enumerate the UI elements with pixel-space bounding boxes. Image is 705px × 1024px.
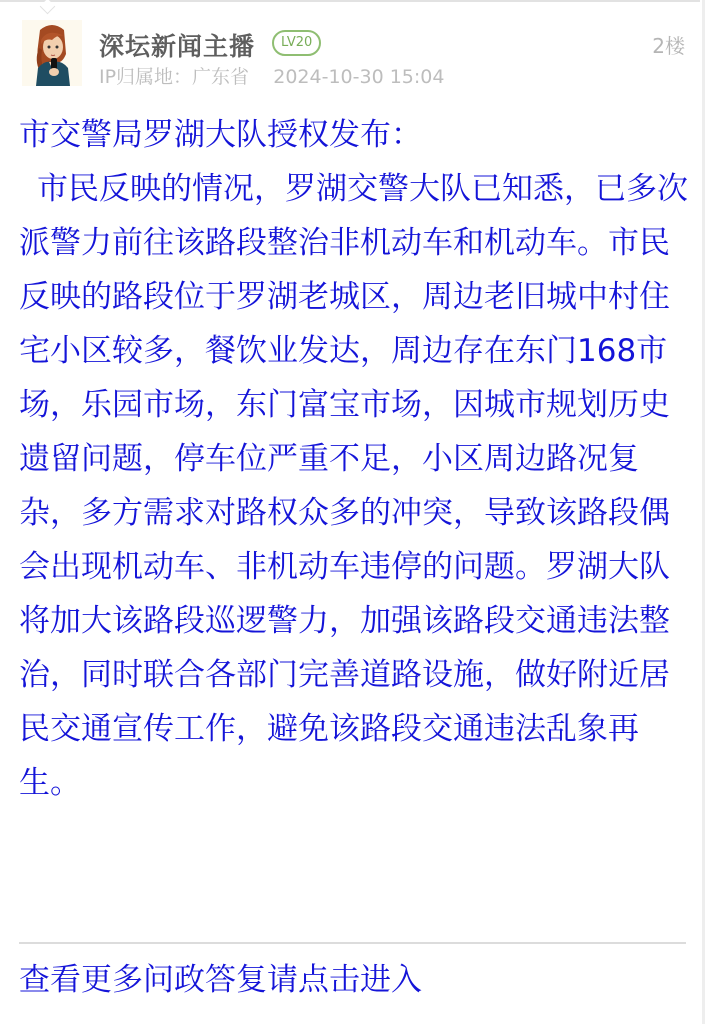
content-heading: 市交警局罗湖大队授权发布：	[19, 108, 689, 162]
more-replies-link[interactable]: 查看更多问政答复请点击进入	[19, 955, 422, 1005]
divider	[19, 942, 686, 944]
post-content: 市交警局罗湖大队授权发布： 市民反映的情况，罗湖交警大队已知悉，已多次派警力前往…	[19, 108, 689, 810]
avatar[interactable]	[22, 20, 82, 86]
ip-location: IP归属地：广东省	[99, 66, 249, 88]
news-anchor-avatar-icon	[22, 20, 82, 86]
content-body: 市民反映的情况，罗湖交警大队已知悉，已多次派警力前往该路段整治非机动车和机动车。…	[19, 162, 689, 810]
post-timestamp: 2024-10-30 15:04	[273, 66, 444, 88]
level-badge: LV20	[272, 30, 321, 56]
post-meta: IP归属地：广东省 2024-10-30 15:04	[99, 62, 444, 89]
author-name[interactable]: 深坛新闻主播	[99, 27, 255, 63]
post-header: 深坛新闻主播 LV20 IP归属地：广东省 2024-10-30 15:04 2…	[0, 0, 705, 100]
floor-number: 2楼	[652, 30, 685, 59]
